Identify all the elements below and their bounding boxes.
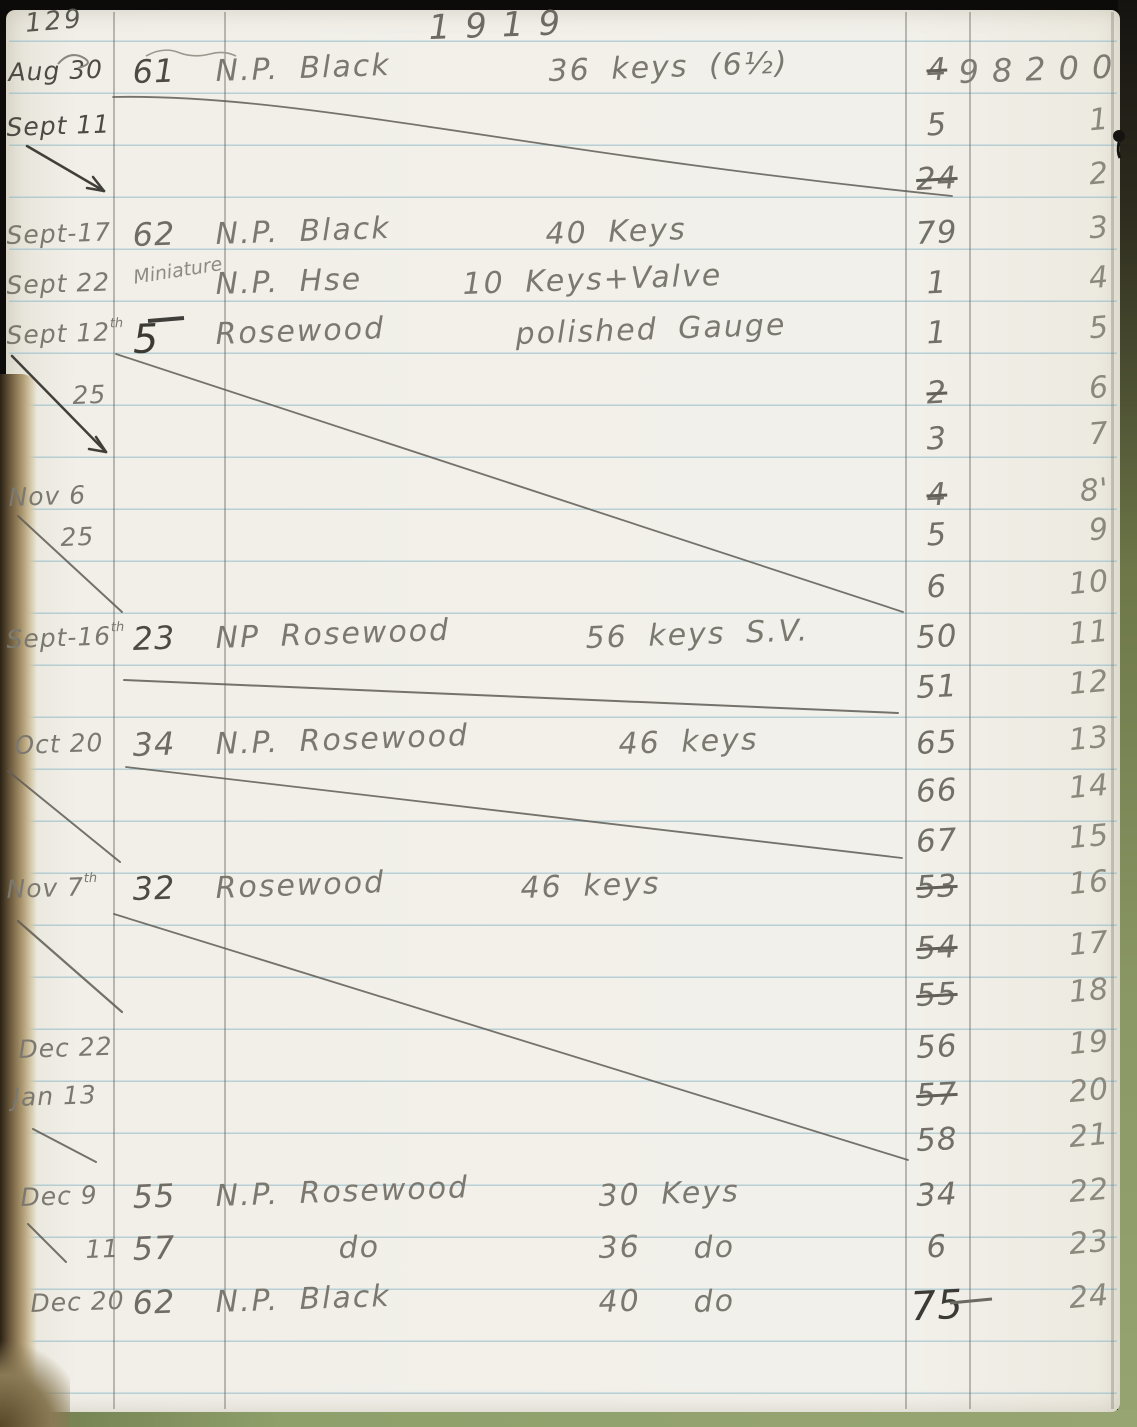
serial-cell: 98200 (958, 49, 1127, 90)
description-cell: NP Rosewood (215, 614, 451, 655)
date-cell: Dec 22 (18, 1033, 113, 1064)
date-cell: 11 (85, 1235, 120, 1264)
quantity-cell: 56 (898, 1028, 976, 1066)
description-size-cell: 40 (598, 1285, 641, 1319)
date-cell: Aug 30 (8, 56, 103, 87)
scanned-ledger-page: 129 1919 Aug 3061N.P. Black36 keys (6½)4… (0, 0, 1137, 1427)
quantity-cell: 3 (898, 420, 976, 458)
quantity-cell: 79 (898, 214, 976, 252)
model-cell: 23 (132, 621, 176, 658)
model-cell: 5 (132, 317, 160, 362)
model-cell: 62 (132, 217, 176, 254)
date-cell: Nov 6 (8, 481, 87, 511)
date-cell: Sept-16th (6, 622, 125, 654)
quantity-cell: 66 (898, 772, 976, 810)
description-ditto-cell: do (693, 1285, 736, 1319)
description-cell: N.P. Black (215, 212, 391, 251)
description-cell: Rosewood (215, 312, 386, 351)
date-cell: 25 (72, 381, 107, 410)
model-cell: 62 (132, 1285, 176, 1322)
scan-background-bottom (0, 1410, 1137, 1427)
description-cell: N.P. Black (215, 49, 391, 88)
model-cell: 32 (132, 871, 176, 908)
column-rule-1 (113, 12, 115, 1409)
description-ditto-cell: do (693, 1231, 736, 1265)
date-cell: 25 (60, 523, 95, 552)
description-size-cell: 46 keys (520, 867, 661, 905)
date-cell: Jan 13 (12, 1081, 97, 1111)
date-cell: Oct 20 (14, 729, 104, 760)
model-cell: 61 (132, 54, 176, 91)
page-number: 129 (24, 5, 85, 39)
description-size-cell: 36 keys (6½) (548, 47, 789, 88)
quantity-cell: 34 (898, 1176, 976, 1214)
quantity-cell: 1 (898, 264, 976, 302)
quantity-cell: 58 (898, 1121, 976, 1159)
year-heading: 1919 (428, 5, 576, 47)
description-size-cell: 36 (598, 1231, 641, 1265)
description-cell: do (338, 1231, 381, 1265)
description-cell: Rosewood (215, 866, 386, 905)
date-superscript: th (111, 620, 125, 635)
model-cell: 55 (132, 1179, 176, 1216)
model-cell: 57 (132, 1231, 176, 1268)
quantity-cell: 1 (898, 314, 976, 352)
date-cell: Sept 12th (6, 318, 124, 350)
date-superscript: th (110, 316, 124, 331)
quantity-cell: 5 (898, 106, 976, 144)
quantity-cell: 5 (898, 516, 976, 554)
date-cell: Sept-17 (6, 218, 112, 249)
quantity-cell: 50 (898, 618, 976, 656)
quantity-cell: 4 (898, 476, 976, 514)
quantity-cell: 51 (898, 668, 976, 706)
quantity-cell: 24 (898, 160, 976, 198)
quantity-cell: 57 (898, 1076, 976, 1114)
date-cell: Sept 11 (6, 110, 111, 141)
description-size-cell: 46 keys (618, 723, 759, 761)
quantity-cell: 67 (898, 822, 976, 860)
quantity-cell: 2 (898, 374, 976, 412)
quantity-cell: 6 (898, 1228, 976, 1266)
date-cell: Dec 20 (30, 1287, 125, 1318)
date-cell: Sept 22 (6, 268, 111, 299)
description-cell: N.P. Black (215, 1280, 391, 1319)
description-cell: N.P. Hse (215, 263, 363, 301)
quantity-cell: 53 (898, 868, 976, 906)
model-cell: 34 (132, 727, 176, 764)
description-size-cell: 56 keys S.V. (585, 614, 810, 655)
date-cell: Nov 7th (6, 873, 98, 904)
quantity-cell: 54 (898, 929, 976, 967)
paper-edge-shadow (1111, 12, 1114, 1409)
description-size-cell: 40 Keys (545, 213, 687, 251)
quantity-cell: 75 (898, 1282, 976, 1330)
quantity-cell: 6 (898, 568, 976, 606)
book-edge-corner (0, 1335, 70, 1427)
book-edge-right (1118, 0, 1137, 1427)
date-superscript: th (84, 870, 98, 885)
quantity-cell: 65 (898, 724, 976, 762)
description-size-cell: 30 Keys (598, 1175, 740, 1213)
quantity-cell: 55 (898, 976, 976, 1014)
date-cell: Dec 9 (20, 1181, 98, 1211)
